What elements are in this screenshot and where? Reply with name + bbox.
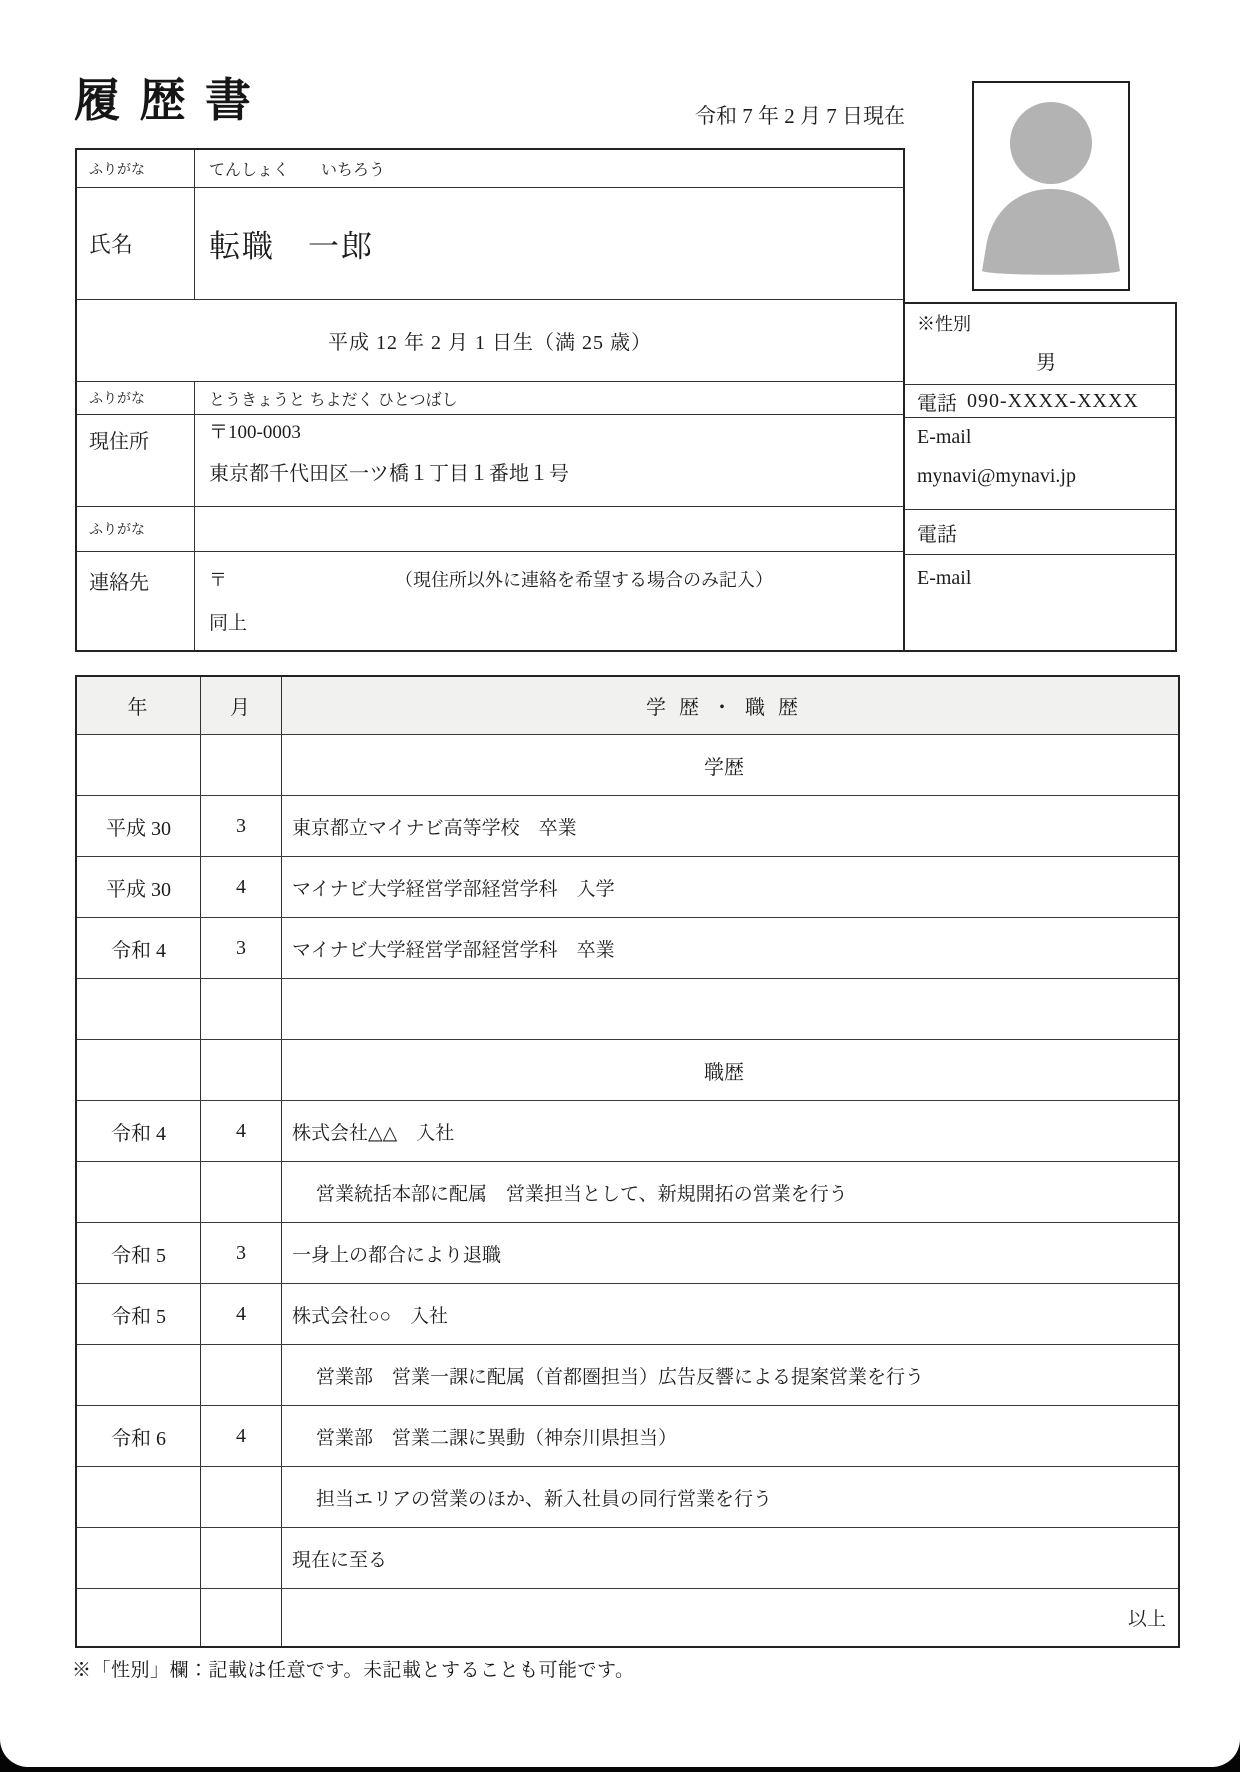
history-month: 4 xyxy=(201,1406,282,1466)
history-detail: マイナビ大学経営学部経営学科 卒業 xyxy=(282,918,1178,978)
contact-row: 連絡先 〒 （現住所以外に連絡を希望する場合のみ記入） 同上 xyxy=(77,552,903,650)
history-year: 令和 5 xyxy=(77,1284,201,1344)
contact-email-cell: E-mail xyxy=(905,555,1175,650)
contact-field: 〒 （現住所以外に連絡を希望する場合のみ記入） 同上 xyxy=(195,552,903,650)
contact-email-label: E-mail xyxy=(917,567,1175,590)
phone-label: 電話 xyxy=(917,387,957,416)
gender-value: 男 xyxy=(917,346,1175,375)
contact-phone-cell: 電話 xyxy=(905,510,1175,555)
history-month xyxy=(201,735,282,795)
person-silhouette-icon xyxy=(974,83,1128,289)
email-cell: E-mail mynavi@mynavi.jp xyxy=(905,418,1175,510)
name-furigana-field: てんしょく いちろう xyxy=(195,150,903,187)
birthdate-row: 平成 12 年 2 月 1 日生（満 25 歳） xyxy=(77,300,903,382)
history-year: 令和 4 xyxy=(77,1101,201,1161)
history-detail: 現在に至る xyxy=(282,1528,1178,1588)
history-row: 営業部 営業一課に配属（首都圏担当）広告反響による提案営業を行う xyxy=(77,1345,1178,1406)
contact-furigana-row: ふりがな xyxy=(77,507,903,552)
history-year: 令和 6 xyxy=(77,1406,201,1466)
history-year: 令和 5 xyxy=(77,1223,201,1283)
history-detail: 営業部 営業二課に異動（神奈川県担当） xyxy=(282,1406,1178,1466)
name-label: 氏名 xyxy=(77,188,195,299)
name-row: 氏名 転職 一郎 xyxy=(77,188,903,300)
history-detail: 営業部 営業一課に配属（首都圏担当）広告反響による提案営業を行う xyxy=(282,1345,1178,1405)
history-detail: マイナビ大学経営学部経営学科 入学 xyxy=(282,857,1178,917)
history-row: 令和 6 4 営業部 営業二課に異動（神奈川県担当） xyxy=(77,1406,1178,1467)
contact-zip-mark: 〒 xyxy=(209,566,227,592)
history-year: 平成 30 xyxy=(77,796,201,856)
contact-furigana-field xyxy=(195,507,903,551)
history-month xyxy=(201,1162,282,1222)
history-detail: 学歴 xyxy=(282,735,1178,795)
contact-furigana-label: ふりがな xyxy=(77,507,195,551)
history-detail: 職歴 xyxy=(282,1040,1178,1100)
history-row: 令和 5 4 株式会社○○ 入社 xyxy=(77,1284,1178,1345)
history-detail: 株式会社○○ 入社 xyxy=(282,1284,1178,1344)
history-detail: 担当エリアの営業のほか、新入社員の同行営業を行う xyxy=(282,1467,1178,1527)
document-date: 令和 7 年 2 月 7 日現在 xyxy=(400,100,905,130)
history-detail: 営業統括本部に配属 営業担当として、新規開拓の営業を行う xyxy=(282,1162,1178,1222)
history-row: 平成 30 3 東京都立マイナビ高等学校 卒業 xyxy=(77,796,1178,857)
history-row-empty xyxy=(77,979,1178,1040)
birthdate-field: 平成 12 年 2 月 1 日生（満 25 歳） xyxy=(328,326,652,355)
history-month: 4 xyxy=(201,1284,282,1344)
history-row: 現在に至る xyxy=(77,1528,1178,1589)
history-year xyxy=(77,1162,201,1222)
resume-document-page: 履 歴 書 令和 7 年 2 月 7 日現在 ふりがな てんしょく いちろう 氏… xyxy=(0,0,1240,1767)
history-month xyxy=(201,1589,282,1646)
address-text: 東京都千代田区一ツ橋１丁目１番地１号 xyxy=(209,464,903,484)
history-row: 平成 30 4 マイナビ大学経営学部経営学科 入学 xyxy=(77,857,1178,918)
history-detail: 以上 xyxy=(282,1589,1178,1646)
header-detail: 学 歴 ・ 職 歴 xyxy=(282,677,1178,734)
name-furigana-label: ふりがな xyxy=(77,150,195,187)
address-label: 現住所 xyxy=(77,415,195,506)
history-year xyxy=(77,1345,201,1405)
history-row: 担当エリアの営業のほか、新入社員の同行営業を行う xyxy=(77,1467,1178,1528)
history-month xyxy=(201,979,282,1039)
history-month: 4 xyxy=(201,857,282,917)
personal-info-right-column: ※性別 男 電話 090-XXXX-XXXX E-mail mynavi@myn… xyxy=(905,302,1177,652)
history-year xyxy=(77,1589,201,1646)
history-row: 令和 5 3 一身上の都合により退職 xyxy=(77,1223,1178,1284)
gender-cell: ※性別 男 xyxy=(905,304,1175,385)
phone-cell: 電話 090-XXXX-XXXX xyxy=(905,385,1175,418)
history-detail: 一身上の都合により退職 xyxy=(282,1223,1178,1283)
email-value: mynavi@mynavi.jp xyxy=(917,465,1175,488)
gender-label: ※性別 xyxy=(917,310,1175,336)
history-year xyxy=(77,1467,201,1527)
history-month xyxy=(201,1467,282,1527)
history-row-section-work: 職歴 xyxy=(77,1040,1178,1101)
history-detail xyxy=(282,979,1178,1039)
address-zip: 〒100-0003 xyxy=(209,423,903,442)
history-year xyxy=(77,735,201,795)
history-year xyxy=(77,1040,201,1100)
gender-footnote: ※「性別」欄：記載は任意です。未記載とすることも可能です。 xyxy=(72,1655,634,1682)
contact-phone-label: 電話 xyxy=(917,518,957,547)
history-detail: 東京都立マイナビ高等学校 卒業 xyxy=(282,796,1178,856)
contact-label: 連絡先 xyxy=(77,552,195,650)
history-row: 令和 4 3 マイナビ大学経営学部経営学科 卒業 xyxy=(77,918,1178,979)
history-month: 4 xyxy=(201,1101,282,1161)
history-year xyxy=(77,979,201,1039)
history-row: 令和 4 4 株式会社△△ 入社 xyxy=(77,1101,1178,1162)
history-year: 令和 4 xyxy=(77,918,201,978)
page-title: 履 歴 書 xyxy=(74,64,255,130)
header-month: 月 xyxy=(201,677,282,734)
history-year xyxy=(77,1528,201,1588)
name-furigana-row: ふりがな てんしょく いちろう xyxy=(77,150,903,188)
history-month xyxy=(201,1345,282,1405)
history-month xyxy=(201,1040,282,1100)
phone-value: 090-XXXX-XXXX xyxy=(967,390,1139,413)
history-month: 3 xyxy=(201,918,282,978)
personal-info-table: ふりがな てんしょく いちろう 氏名 転職 一郎 平成 12 年 2 月 1 日… xyxy=(75,148,905,652)
contact-note: （現住所以外に連絡を希望する場合のみ記入） xyxy=(395,566,773,592)
address-field: 〒100-0003 東京都千代田区一ツ橋１丁目１番地１号 xyxy=(195,415,903,506)
address-furigana-field: とうきょうと ちよだく ひとつばし xyxy=(195,382,903,414)
history-detail: 株式会社△△ 入社 xyxy=(282,1101,1178,1161)
history-month xyxy=(201,1528,282,1588)
address-row: 現住所 〒100-0003 東京都千代田区一ツ橋１丁目１番地１号 xyxy=(77,415,903,507)
history-row-section-education: 学歴 xyxy=(77,735,1178,796)
history-month: 3 xyxy=(201,1223,282,1283)
header-year: 年 xyxy=(77,677,201,734)
address-furigana-label: ふりがな xyxy=(77,382,195,414)
history-month: 3 xyxy=(201,796,282,856)
contact-value: 同上 xyxy=(209,608,903,635)
history-header-row: 年 月 学 歴 ・ 職 歴 xyxy=(77,677,1178,735)
history-year: 平成 30 xyxy=(77,857,201,917)
history-row-end: 以上 xyxy=(77,1589,1178,1646)
email-label: E-mail xyxy=(917,426,1175,449)
photo-placeholder xyxy=(972,81,1130,291)
address-furigana-row: ふりがな とうきょうと ちよだく ひとつばし xyxy=(77,382,903,415)
history-table: 年 月 学 歴 ・ 職 歴 学歴 平成 30 3 東京都立マイナビ高等学校 卒業… xyxy=(75,675,1180,1648)
history-row: 営業統括本部に配属 営業担当として、新規開拓の営業を行う xyxy=(77,1162,1178,1223)
name-field: 転職 一郎 xyxy=(195,188,903,299)
